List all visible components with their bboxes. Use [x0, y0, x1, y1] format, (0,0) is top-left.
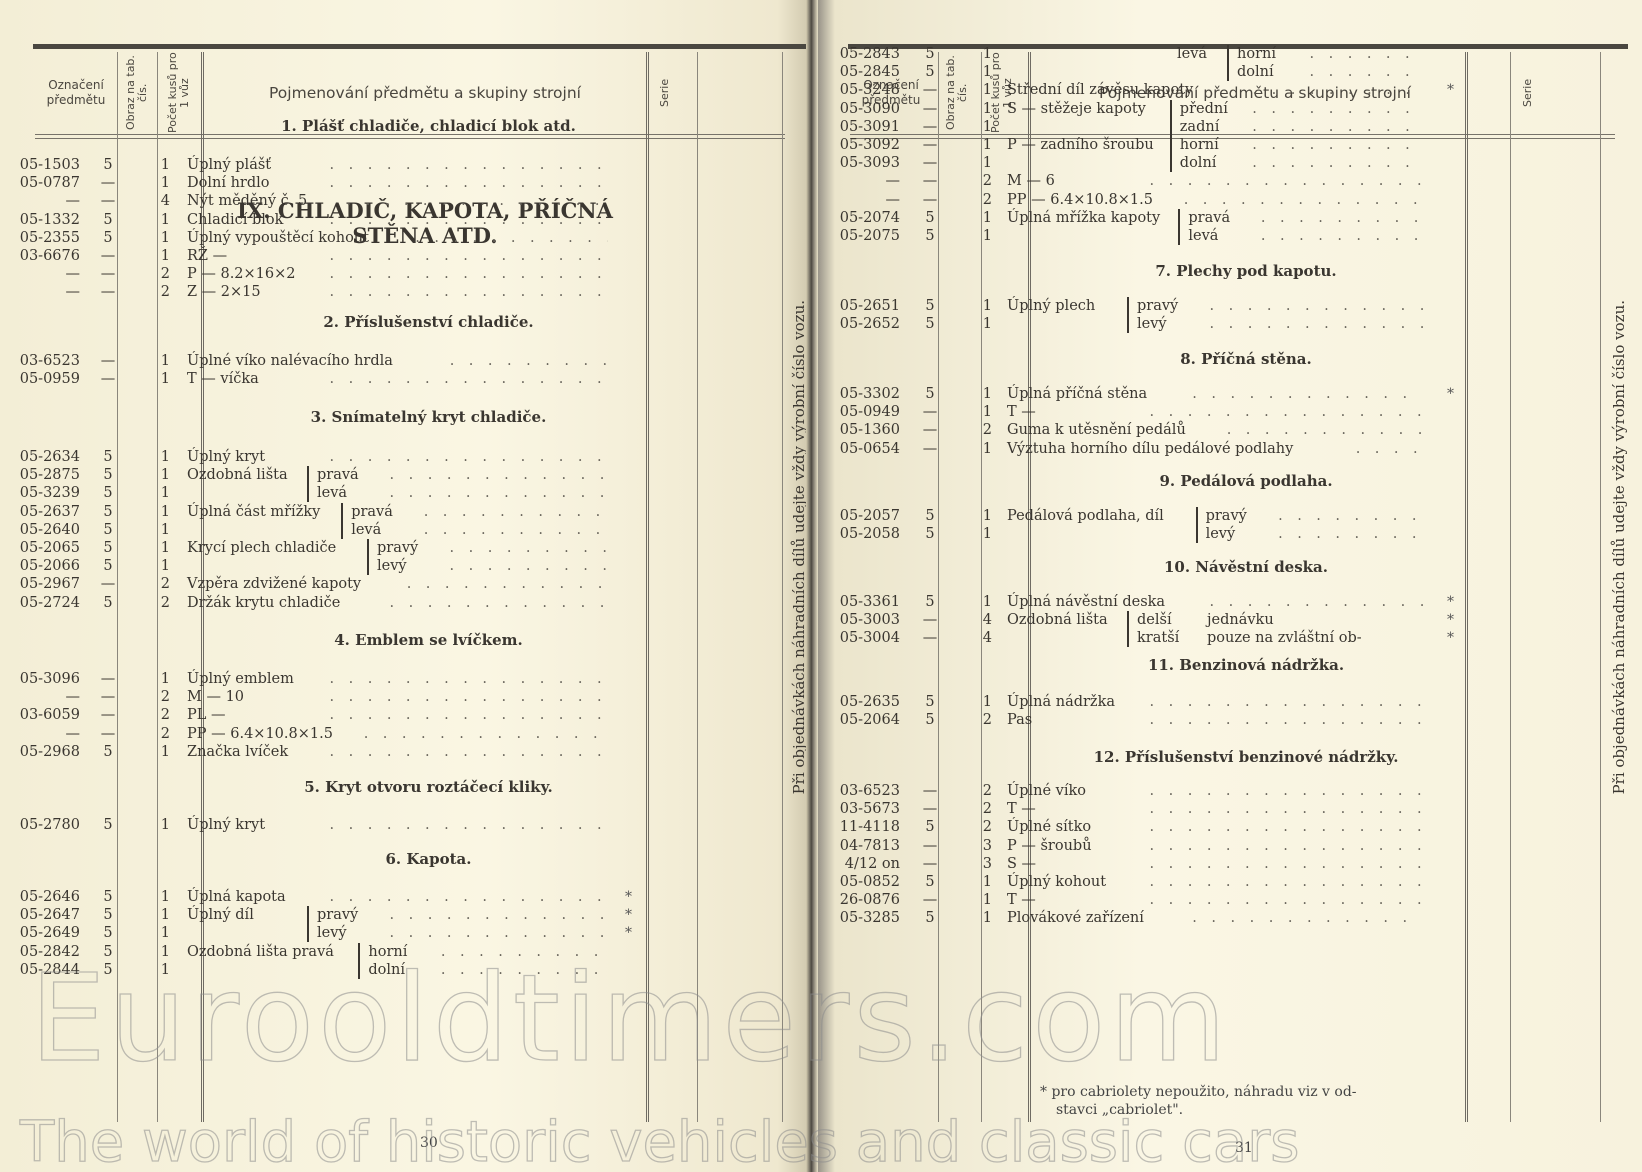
parts-row: 05-207451Úplná mřížka kapotypravá . . . …	[810, 209, 1590, 227]
quantity: 1	[962, 507, 992, 525]
leader-dots: . . . . . . . . . . . . . . . . . . . . …	[401, 229, 608, 247]
leader-dots: . . . . . . . . . . . . . . . . . . . . …	[1295, 63, 1423, 81]
figure-number: 5	[93, 521, 123, 539]
quantity: 1	[140, 448, 170, 466]
part-name: Držák krytu chladiče	[187, 594, 340, 612]
part-code: 05-2646	[0, 888, 80, 906]
figure-number: 5	[93, 484, 123, 502]
part-name: Úplná mřížka kapoty	[1007, 209, 1160, 227]
quantity: 1	[962, 693, 992, 711]
parts-row: 05-0959—1T — víčka . . . . . . . . . . .…	[0, 370, 780, 388]
leader-dots: . . . . . . . . . . . . . . . . . . . . …	[435, 352, 608, 370]
figure-number: 5	[915, 693, 945, 711]
figure-number: —	[915, 837, 945, 855]
part-variant: levá	[307, 484, 347, 502]
figure-number: —	[93, 192, 123, 210]
part-variant: horní	[1227, 45, 1276, 63]
part-variant: pravá	[307, 466, 359, 484]
quantity: 3	[962, 837, 992, 855]
header-figure: Obraz na tab. čís.	[117, 52, 157, 134]
part-name: levá	[1177, 45, 1207, 63]
leader-dots: . . . . . . . . . . . . . . . . . . . . …	[409, 503, 608, 521]
quantity: 4	[962, 629, 992, 647]
part-variant: pravá	[1178, 209, 1230, 227]
figure-number: 5	[93, 888, 123, 906]
part-code: 05-3092	[820, 136, 900, 154]
leader-dots: . . . . . . . . . . . . . . . . . . . . …	[1238, 81, 1423, 99]
figure-number: —	[915, 403, 945, 421]
parts-row: 03-6059—2PL — . . . . . . . . . . . . . …	[0, 706, 780, 724]
part-note: jednávku	[1207, 611, 1274, 629]
part-code: 05-3096	[0, 670, 80, 688]
part-variant: dolní	[1170, 154, 1217, 172]
part-name: Střední díl závěsu kapoty	[1007, 81, 1193, 99]
side-note: Při objednávkách náhradních dílů udejte …	[1610, 300, 1628, 794]
right-page: Označení předmětu Obraz na tab. čís. Poč…	[810, 0, 1642, 1172]
part-name: Z — 2×15	[187, 283, 261, 301]
part-name: Úplný vypouštěcí kohout	[187, 229, 369, 247]
leader-dots: . . . . . . . . . . . . . . . . . . . . …	[409, 521, 608, 539]
figure-number: —	[93, 706, 123, 724]
figure-number: 5	[93, 743, 123, 761]
quantity: 1	[140, 539, 170, 557]
leader-dots: . . . . . . . . . . . . . . . . . . . . …	[1135, 837, 1423, 855]
part-code: 05-3091	[820, 118, 900, 136]
leader-dots: . . . . . . . . . . . . . . . . . . . . …	[1212, 421, 1423, 439]
part-code: 05-2652	[820, 315, 900, 333]
part-code: 03-6523	[820, 782, 900, 800]
part-name: M — 10	[187, 688, 244, 706]
quantity: 1	[962, 118, 992, 136]
quantity: 1	[140, 906, 170, 924]
part-variant: horní	[1170, 136, 1219, 154]
part-name: S —	[1007, 855, 1036, 873]
parts-row: 04-7813—3P — šroubů . . . . . . . . . . …	[810, 837, 1590, 855]
quantity: 2	[962, 191, 992, 209]
part-name: Chladicí blok	[187, 211, 283, 229]
left-page: Označení předmětu Obraz na tab. čís. Poč…	[0, 0, 810, 1172]
part-code: 03-6523	[0, 352, 80, 370]
part-variant: pravá	[341, 503, 393, 521]
figure-number: 5	[93, 229, 123, 247]
section-heading: 12. Příslušenství benzinové nádržky.	[1022, 748, 1470, 766]
leader-dots: . . . . . . . . . . . . . . . . . . . . …	[315, 888, 608, 906]
figure-number: 5	[93, 816, 123, 834]
leader-dots: . . . . . . . . . . . . . . . . . . . . …	[1238, 100, 1423, 118]
part-name: Úplné víko	[1007, 782, 1086, 800]
quantity: 1	[962, 81, 992, 99]
part-code: —	[0, 688, 80, 706]
parts-row: 05-330251Úplná příčná stěna . . . . . . …	[810, 385, 1590, 403]
parts-row: 03-6676—1RŽ — . . . . . . . . . . . . . …	[0, 247, 780, 265]
part-code: 03-5673	[820, 800, 900, 818]
figure-number: 5	[93, 156, 123, 174]
parts-row: 03-5673—2T — . . . . . . . . . . . . . .…	[810, 800, 1590, 818]
quantity: 1	[962, 63, 992, 81]
part-variant: pravý	[1127, 297, 1178, 315]
part-code: 05-3093	[820, 154, 900, 172]
figure-number: —	[915, 154, 945, 172]
leader-dots: . . . . . . . . . . . . . . . . . . . . …	[1195, 315, 1423, 333]
quantity: 2	[140, 725, 170, 743]
parts-row: 05-264751Úplný dílpravý . . . . . . . . …	[0, 906, 780, 924]
figure-number: —	[93, 725, 123, 743]
section-heading: 6. Kapota.	[202, 850, 655, 868]
part-variant: pravý	[307, 906, 358, 924]
part-name: Úplné sítko	[1007, 818, 1091, 836]
part-name: Úplný kohout	[1007, 873, 1106, 891]
quantity: 1	[962, 891, 992, 909]
header-code: Označení předmětu	[35, 52, 117, 134]
figure-number: —	[93, 265, 123, 283]
figure-number: 5	[93, 594, 123, 612]
part-code: —	[820, 172, 900, 190]
part-variant: dolní	[358, 961, 405, 979]
parts-row: 05-284351leváhorní . . . . . . . . . . .…	[810, 45, 1590, 63]
quantity: 1	[140, 352, 170, 370]
part-name: T —	[1007, 403, 1036, 421]
part-code: 05-2844	[0, 961, 80, 979]
part-code: 05-0654	[820, 440, 900, 458]
figure-number: —	[915, 191, 945, 209]
part-name: PP — 6.4×10.8×1.5	[1007, 191, 1153, 209]
leader-dots: . . . . . . . . . . . . . . . . . . . . …	[375, 924, 608, 942]
part-code: 11-4118	[820, 818, 900, 836]
part-code: 05-0852	[820, 873, 900, 891]
quantity: 1	[962, 909, 992, 927]
parts-row: 03-6523—2Úplné víko . . . . . . . . . . …	[810, 782, 1590, 800]
part-code: 05-2064	[820, 711, 900, 729]
leader-dots: . . . . . . . . . . . . . . . . . . . . …	[1135, 403, 1423, 421]
parts-row: 05-284451dolní . . . . . . . . . . . . .…	[0, 961, 780, 979]
part-code: 05-2355	[0, 229, 80, 247]
cabriolet-asterisk: *	[1447, 81, 1454, 99]
part-code: 05-3302	[820, 385, 900, 403]
part-code: 26-0876	[820, 891, 900, 909]
part-code: 4/12 on	[820, 855, 900, 873]
quantity: 1	[140, 211, 170, 229]
figure-number: —	[93, 688, 123, 706]
figure-number: 5	[915, 385, 945, 403]
figure-number: —	[915, 100, 945, 118]
part-name: S — stěžeje kapoty	[1007, 100, 1146, 118]
leader-dots: . . . . . . . . . . . . . . . . . . . . …	[375, 466, 608, 484]
part-code: 05-2649	[0, 924, 80, 942]
parts-row: 26-0876—1T — . . . . . . . . . . . . . .…	[810, 891, 1590, 909]
part-code: 05-3004	[820, 629, 900, 647]
part-name: Výztuha horního dílu pedálové podlahy	[1007, 440, 1293, 458]
leader-dots: . . . . . . . . . . . . . . . . . . . . …	[1169, 191, 1423, 209]
part-code: 03-6059	[0, 706, 80, 724]
figure-number: 5	[915, 525, 945, 543]
leader-dots: . . . . . . . . . . . . . . . . . . . . …	[1135, 711, 1423, 729]
part-variant: delší	[1127, 611, 1172, 629]
parts-row: 05-085251Úplný kohout . . . . . . . . . …	[810, 873, 1590, 891]
parts-row: 05-264051levá . . . . . . . . . . . . . …	[0, 521, 780, 539]
leader-dots: . . . . . . . . . . . . . . . . . . . . …	[315, 283, 608, 301]
leader-dots: . . . . . . . . . . . . . . . . . . . . …	[1246, 227, 1423, 245]
part-name: P — šroubů	[1007, 837, 1092, 855]
figure-number: 5	[93, 466, 123, 484]
quantity: 1	[140, 888, 170, 906]
book-spread: Označení předmětu Obraz na tab. čís. Poč…	[0, 0, 1642, 1172]
quantity: 1	[140, 229, 170, 247]
parts-row: 05-0654—1Výztuha horního dílu pedálové p…	[810, 440, 1590, 458]
part-name: Vzpěra zdvižené kapoty	[187, 575, 361, 593]
parts-row: 05-206651levý . . . . . . . . . . . . . …	[0, 557, 780, 575]
quantity: 1	[140, 557, 170, 575]
parts-row: ——2M — 6 . . . . . . . . . . . . . . . .…	[810, 172, 1590, 190]
quantity: 1	[140, 670, 170, 688]
parts-row: 05-264651Úplná kapota . . . . . . . . . …	[0, 888, 780, 906]
figure-number: 5	[93, 943, 123, 961]
section-heading: 10. Návěstní deska.	[1022, 558, 1470, 576]
quantity: 4	[140, 192, 170, 210]
part-name: RŽ —	[187, 247, 227, 265]
parts-row: 05-235551Úplný vypouštěcí kohout . . . .…	[0, 229, 780, 247]
leader-dots: . . . . . . . . . . . . . . . . . . . . …	[1135, 818, 1423, 836]
part-variant: levá	[341, 521, 381, 539]
leader-dots: . . . . . . . . . . . . . . . . . . . . …	[1238, 118, 1423, 136]
figure-number: 5	[915, 909, 945, 927]
part-variant: levá	[1178, 227, 1218, 245]
quantity: 1	[140, 943, 170, 961]
parts-row: ——2P — 8.2×16×2 . . . . . . . . . . . . …	[0, 265, 780, 283]
quantity: 4	[962, 611, 992, 629]
quantity: 1	[962, 315, 992, 333]
figure-number: 5	[915, 209, 945, 227]
figure-number: 5	[915, 315, 945, 333]
part-code: 03-6676	[0, 247, 80, 265]
leader-dots: . . . . . . . . . . . . . . . . . . . . …	[1246, 209, 1423, 227]
part-name: Pas	[1007, 711, 1032, 729]
header-qty: Počet kusů pro 1 vůz	[157, 52, 201, 134]
part-code: 05-2074	[820, 209, 900, 227]
part-code: 05-2065	[0, 539, 80, 557]
part-name: Ozdobná lišta pravá	[187, 943, 334, 961]
part-name: Úplná nádržka	[1007, 693, 1115, 711]
leader-dots: . . . . . . . . . . . . . . . . . . . . …	[392, 575, 608, 593]
parts-row: 05-328551Plovákové zařízení . . . . . . …	[810, 909, 1590, 927]
part-name: Úplná část mřížky	[187, 503, 320, 521]
parts-row: 05-133251Chladicí blok . . . . . . . . .…	[0, 211, 780, 229]
part-code: 04-7813	[820, 837, 900, 855]
part-code: 05-2967	[0, 575, 80, 593]
leader-dots: . . . . . . . . . . . . . . . . . . . . …	[1135, 891, 1423, 909]
figure-number: —	[915, 629, 945, 647]
book-gutter	[806, 0, 818, 1172]
figure-number: 5	[915, 45, 945, 63]
leader-dots: . . . . . . . . . . . . . . . . . . . . …	[1238, 154, 1423, 172]
parts-row: 05-3092—1P — zadního šroubuhorní . . . .…	[810, 136, 1590, 154]
part-code: 05-3003	[820, 611, 900, 629]
section-heading: 4. Emblem se lvíčkem.	[202, 631, 655, 649]
leader-dots: . . . . . . . . . . . . . . . . . . . . …	[375, 906, 608, 924]
parts-row: 05-265251levý . . . . . . . . . . . . . …	[810, 315, 1590, 333]
leader-dots: . . . . . . . . . . . . . . . . . . . . …	[315, 156, 608, 174]
part-name: Krycí plech chladiče	[187, 539, 336, 557]
quantity: 1	[140, 521, 170, 539]
quantity: 1	[140, 743, 170, 761]
figure-number: 5	[915, 873, 945, 891]
part-code: 05-2647	[0, 906, 80, 924]
leader-dots: . . . . . . . . . . . . . . . . . . . . …	[1135, 800, 1423, 818]
parts-row: 05-3004—4kratšípouze na zvláštní ob-*	[810, 629, 1590, 647]
part-code: 05-1360	[820, 421, 900, 439]
leader-dots: . . . . . . . . . . . . . . . . . . . . …	[375, 484, 608, 502]
part-code: 05-3090	[820, 100, 900, 118]
part-code: 05-2635	[820, 693, 900, 711]
figure-number: —	[93, 283, 123, 301]
page-number: 31	[1235, 1140, 1253, 1156]
parts-row: 03-6523—1Úplné víko nalévacího hrdla . .…	[0, 352, 780, 370]
parts-row: 05-336151Úplná návěstní deska . . . . . …	[810, 593, 1590, 611]
quantity: 1	[140, 924, 170, 942]
figure-number: 5	[915, 818, 945, 836]
figure-number: 5	[93, 211, 123, 229]
quantity: 1	[962, 440, 992, 458]
part-code: 05-2066	[0, 557, 80, 575]
parts-row: ——2PP — 6.4×10.8×1.5 . . . . . . . . . .…	[810, 191, 1590, 209]
part-code: —	[0, 283, 80, 301]
part-code: 05-2845	[820, 63, 900, 81]
cabriolet-asterisk: *	[625, 906, 632, 924]
figure-number: 5	[915, 593, 945, 611]
figure-number: —	[93, 247, 123, 265]
section-heading: 9. Pedálová podlaha.	[1022, 472, 1470, 490]
figure-number: —	[915, 800, 945, 818]
parts-row: 05-1360—2Guma k utěsnění pedálů . . . . …	[810, 421, 1590, 439]
leader-dots: . . . . . . . . . . . . . . . . . . . . …	[1135, 172, 1423, 190]
quantity: 2	[140, 594, 170, 612]
part-code: 05-3361	[820, 593, 900, 611]
page-number: 30	[420, 1135, 438, 1151]
figure-number: 5	[915, 507, 945, 525]
parts-row: 4/12 on—3S — . . . . . . . . . . . . . .…	[810, 855, 1590, 873]
part-code: 05-3248	[820, 81, 900, 99]
quantity: 1	[140, 961, 170, 979]
quantity: 1	[140, 503, 170, 521]
quantity: 2	[140, 688, 170, 706]
leader-dots: . . . . . . . . . . . . . . . . . . . . …	[426, 961, 608, 979]
leader-dots: . . . . . . . . . . . . . . . . . . . . …	[315, 211, 608, 229]
figure-number: —	[93, 370, 123, 388]
leader-dots: . . . . . . . . . . . . . . . . . . . . …	[1264, 525, 1423, 543]
section-heading: 1. Plášť chladiče, chladicí blok atd.	[202, 117, 655, 135]
parts-row: 05-205751Pedálová podlaha, dílpravý . . …	[810, 507, 1590, 525]
parts-row: 05-284251Ozdobná lišta praváhorní . . . …	[0, 943, 780, 961]
footnote: * pro cabriolety nepoužito, náhradu viz …	[1040, 1083, 1357, 1119]
figure-number: 5	[93, 557, 123, 575]
part-code: 05-2075	[820, 227, 900, 245]
part-code: 05-2875	[0, 466, 80, 484]
section-heading: 2. Příslušenství chladiče.	[202, 313, 655, 331]
part-code: 05-2724	[0, 594, 80, 612]
quantity: 1	[962, 100, 992, 118]
parts-row: 05-265151Úplný plechpravý . . . . . . . …	[810, 297, 1590, 315]
figure-number: 5	[93, 503, 123, 521]
part-name: Úplná kapota	[187, 888, 286, 906]
cabriolet-asterisk: *	[1447, 593, 1454, 611]
part-code: 05-3239	[0, 484, 80, 502]
parts-row: ——2M — 10 . . . . . . . . . . . . . . . …	[0, 688, 780, 706]
parts-row: 05-272452Držák krytu chladiče . . . . . …	[0, 594, 780, 612]
quantity: 1	[140, 816, 170, 834]
leader-dots: . . . . . . . . . . . . . . . . . . . . …	[315, 174, 608, 192]
figure-number: —	[915, 172, 945, 190]
parts-row: ——4Nýt měděný č. 5 . . . . . . . . . . .…	[0, 192, 780, 210]
parts-row: 05-150351Úplný plášť . . . . . . . . . .…	[0, 156, 780, 174]
part-code: 05-2057	[820, 507, 900, 525]
part-name: P — zadního šroubu	[1007, 136, 1154, 154]
parts-row: 05-3248—1Střední díl závěsu kapoty . . .…	[810, 81, 1590, 99]
figure-number: —	[93, 352, 123, 370]
leader-dots: . . . . . . . . . . . . . . . . . . . . …	[1135, 873, 1423, 891]
quantity: 1	[962, 525, 992, 543]
part-name: Úplný emblem	[187, 670, 294, 688]
quantity: 2	[140, 265, 170, 283]
parts-row: ——2PP — 6.4×10.8×1.5 . . . . . . . . . .…	[0, 725, 780, 743]
quantity: 1	[962, 297, 992, 315]
part-name: Dolní hrdlo	[187, 174, 270, 192]
parts-row: 05-263451Úplný kryt . . . . . . . . . . …	[0, 448, 780, 466]
quantity: 2	[962, 172, 992, 190]
part-name: Úplný plech	[1007, 297, 1095, 315]
part-name: T — víčka	[187, 370, 259, 388]
part-variant: levý	[1196, 525, 1236, 543]
part-code: 05-0787	[0, 174, 80, 192]
part-name: T —	[1007, 800, 1036, 818]
part-code: 05-2968	[0, 743, 80, 761]
part-name: Ozdobná lišta	[1007, 611, 1108, 629]
leader-dots: . . . . . . . . . . . . . . . . . . . . …	[435, 557, 608, 575]
leader-dots: . . . . . . . . . . . . . . . . . . . . …	[375, 594, 608, 612]
figure-number: —	[915, 440, 945, 458]
leader-dots: . . . . . . . . . . . . . . . . . . . . …	[315, 743, 608, 761]
leader-dots: . . . . . . . . . . . . . . . . . . . . …	[315, 816, 608, 834]
part-variant: zadní	[1170, 118, 1220, 136]
figure-number: —	[915, 421, 945, 439]
figure-number: —	[915, 611, 945, 629]
quantity: 2	[962, 711, 992, 729]
parts-row: 05-0787—1Dolní hrdlo . . . . . . . . . .…	[0, 174, 780, 192]
leader-dots: . . . . . . . . . . . . . . . . . . . . …	[1178, 385, 1423, 403]
figure-number: 5	[915, 297, 945, 315]
leader-dots: . . . . . . . . . . . . . . . . . . . . …	[1135, 855, 1423, 873]
quantity: 1	[962, 873, 992, 891]
parts-row: 05-263751Úplná část mřížkypravá . . . . …	[0, 503, 780, 521]
part-code: 05-2637	[0, 503, 80, 521]
section-heading: 3. Snímatelný kryt chladiče.	[202, 408, 655, 426]
quantity: 2	[140, 706, 170, 724]
quantity: 2	[140, 575, 170, 593]
leader-dots: . . . . . . . . . . . . . . . . . . . . …	[1135, 693, 1423, 711]
quantity: 1	[140, 247, 170, 265]
section-heading: 5. Kryt otvoru roztáčecí kliky.	[202, 778, 655, 796]
part-name: Úplný plášť	[187, 156, 271, 174]
part-variant: pravý	[367, 539, 418, 557]
part-code: 05-1503	[0, 156, 80, 174]
leader-dots: . . . . . . . . . . . . . . . . . . . . …	[1195, 297, 1423, 315]
quantity: 1	[962, 593, 992, 611]
parts-row: 05-3091—1zadní . . . . . . . . . . . . .…	[810, 118, 1590, 136]
figure-number: —	[915, 118, 945, 136]
leader-dots: . . . . . . . . . . . . . . . . . . . . …	[1135, 782, 1423, 800]
part-code: 05-0949	[820, 403, 900, 421]
cabriolet-asterisk: *	[1447, 611, 1454, 629]
leader-dots: . . . . . . . . . . . . . . . . . . . . …	[1341, 440, 1423, 458]
quantity: 2	[140, 283, 170, 301]
